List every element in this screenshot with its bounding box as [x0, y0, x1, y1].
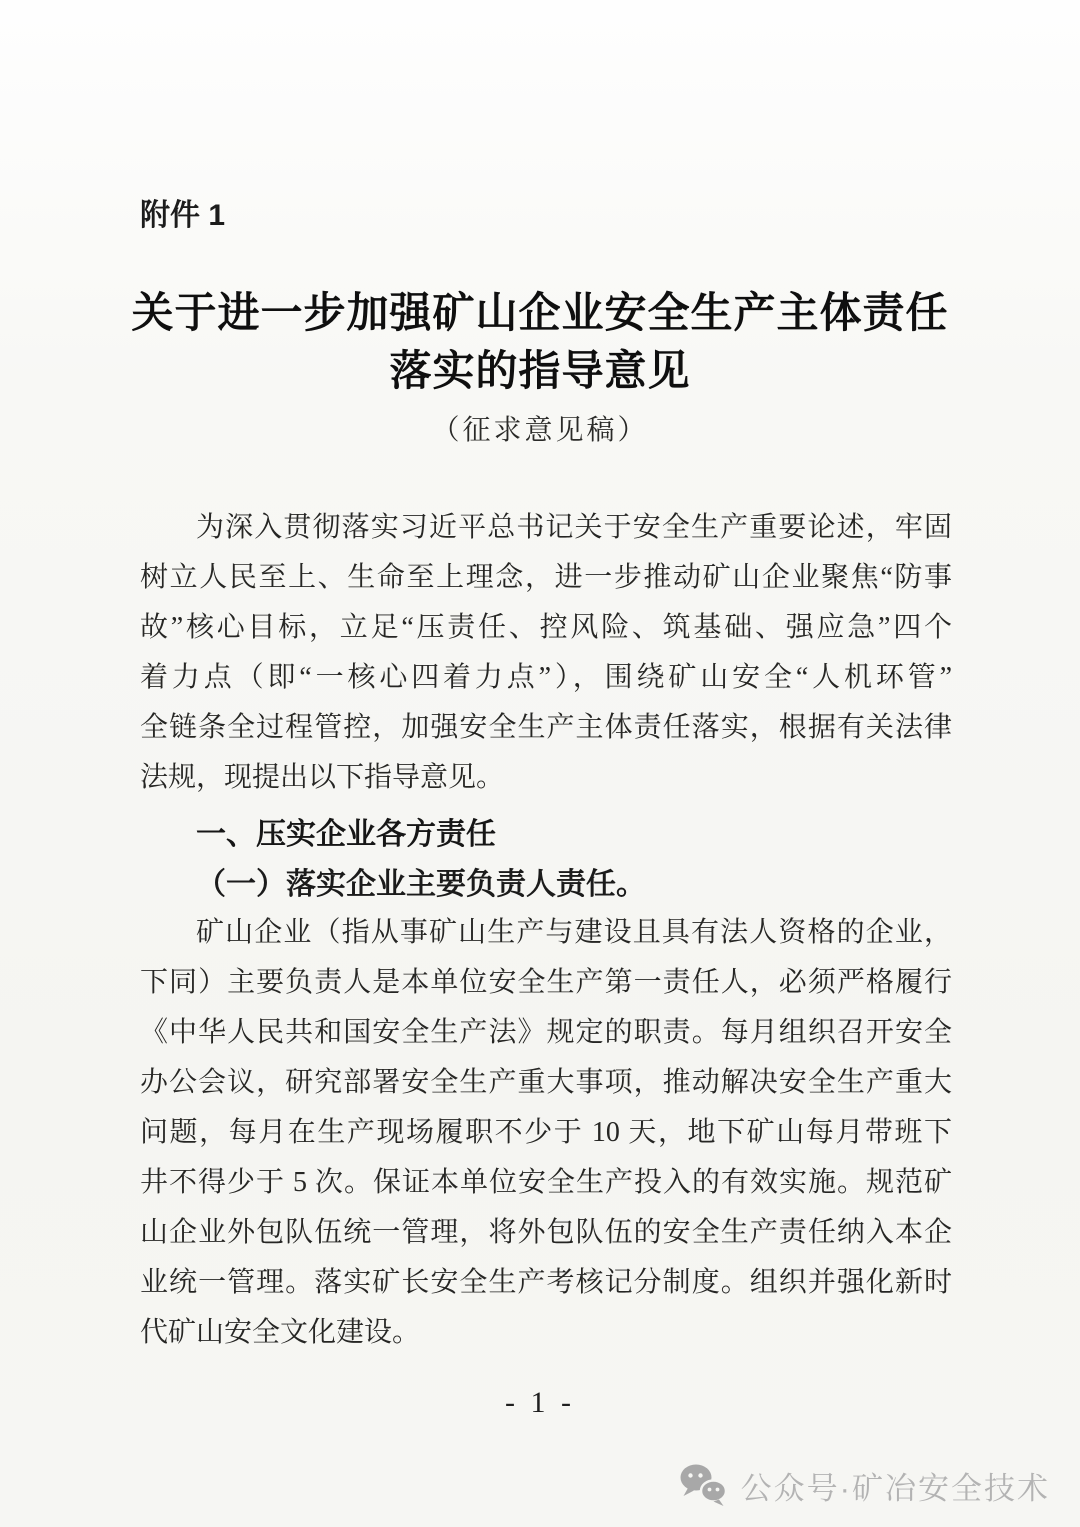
paragraph-responsibility: 矿山企业（指从事矿山生产与建设且具有法人资格的企业， 下同）主要负责人是本单位安…: [140, 908, 952, 1358]
attachment-label: 附件 1: [140, 190, 225, 234]
paragraph-line: 井不得少于 5 次。保证本单位安全生产投入的有效实施。规范矿: [140, 1158, 952, 1208]
paragraph-line: 全链条全过程管控，加强安全生产主体责任落实，根据有关法律: [140, 703, 952, 753]
paragraph-line: 树立人民至上、生命至上理念，进一步推动矿山企业聚焦“防事: [140, 553, 952, 603]
subsection-heading: （一）落实企业主要负责人责任。: [140, 860, 952, 910]
document-title: 关于进一步加强矿山企业安全生产主体责任 落实的指导意见: [60, 284, 1020, 400]
paragraph-line: 办公会议，研究部署安全生产重大事项，推动解决安全生产重大: [140, 1058, 952, 1108]
paragraph-line: 下同）主要负责人是本单位安全生产第一责任人，必须严格履行: [140, 958, 952, 1008]
section-heading: 一、压实企业各方责任: [140, 810, 952, 860]
document-title-line-1: 关于进一步加强矿山企业安全生产主体责任: [131, 289, 948, 336]
paragraph-line: 代矿山安全文化建设。: [140, 1308, 952, 1358]
paragraph-line: 着力点（即“一核心四着力点”），围绕矿山安全“人机环管”: [140, 653, 952, 703]
document-title-line-2: 落实的指导意见: [389, 347, 690, 394]
scanned-document-page: 附件 1 关于进一步加强矿山企业安全生产主体责任 落实的指导意见 （征求意见稿）…: [0, 0, 1080, 1527]
paragraph-line: 《中华人民共和国安全生产法》规定的职责。每月组织召开安全: [140, 1008, 952, 1058]
paragraph-line: 问题，每月在生产现场履职不少于 10 天，地下矿山每月带班下: [140, 1108, 952, 1158]
paragraph-line: 业统一管理。落实矿长安全生产考核记分制度。组织并强化新时: [140, 1258, 952, 1308]
document-subtitle: （征求意见稿）: [0, 408, 1080, 448]
paragraph-line: 矿山企业（指从事矿山生产与建设且具有法人资格的企业，: [140, 908, 952, 958]
page-number: - 1 -: [0, 1386, 1080, 1420]
wechat-icon: [679, 1463, 729, 1507]
paragraph-line: 故”核心目标，立足“压责任、控风险、筑基础、强应急”四个: [140, 603, 952, 653]
wechat-watermark: 公众号·矿冶安全技术: [679, 1462, 1050, 1508]
watermark-text: 公众号·矿冶安全技术: [741, 1463, 1050, 1508]
paragraph-line: 山企业外包队伍统一管理，将外包队伍的安全生产责任纳入本企: [140, 1208, 952, 1258]
paragraph-line: 法规，现提出以下指导意见。: [140, 753, 952, 803]
paragraph-line: 为深入贯彻落实习近平总书记关于安全生产重要论述，牢固: [140, 503, 952, 553]
paragraph-intro: 为深入贯彻落实习近平总书记关于安全生产重要论述，牢固 树立人民至上、生命至上理念…: [140, 503, 952, 803]
